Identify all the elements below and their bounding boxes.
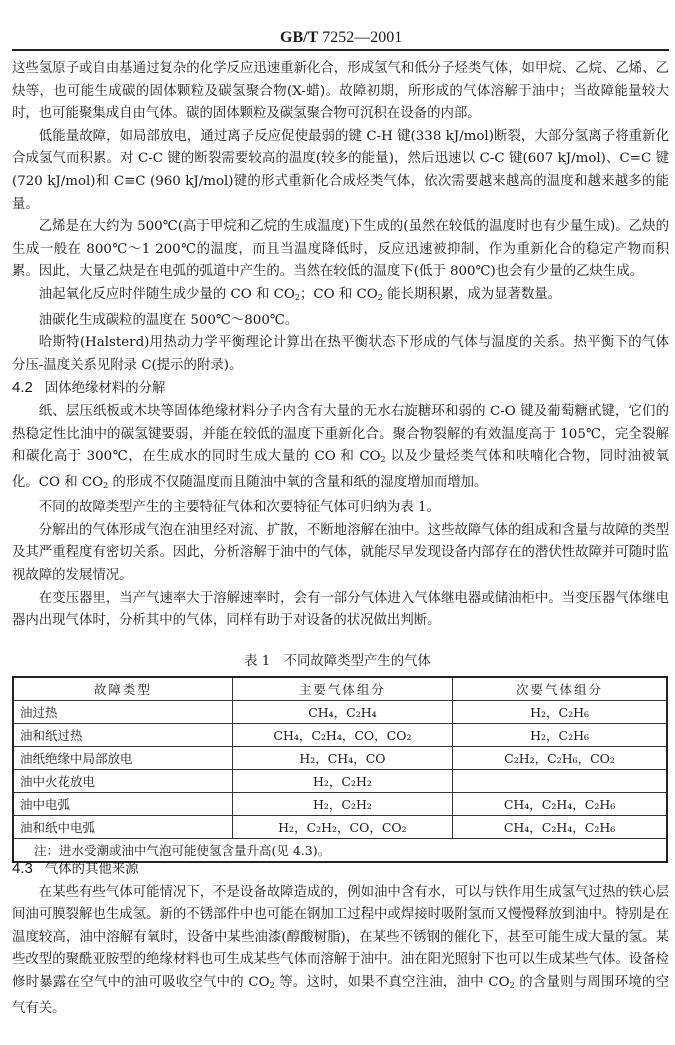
paragraph-3: 乙烯是在大约为 500℃(高于甲烷和乙烷的生成温度)下生成的(虽然在较低的温度时… (12, 216, 669, 284)
table-row: 油和纸中电弧 H₂，C₂H₂，CO，CO₂ CH₄，C₂H₄，C₂H₆ (13, 816, 667, 839)
paragraph-1: 这些氢原子或自由基通过复杂的化学反应迅速重新化合，形成氢气和低分子烃类气体，如甲… (12, 58, 669, 126)
table-caption: 表 1 不同故障类型产生的气体 (0, 650, 675, 669)
text: 的形成不仅随温度而且随油中氧的含量和纸的湿度增加而增加。 (108, 475, 487, 490)
paragraph-7: 纸、层压纸板或木块等固体绝缘材料分子内含有大量的无水右旋糖环和弱的 C-O 键及… (12, 401, 669, 497)
text: 油起氧化反应时伴随生成少量的 CO 和 CO (39, 287, 295, 302)
table-row: 油中电弧 H₂，C₂H₂ CH₄，C₂H₄，C₂H₆ (13, 793, 667, 816)
header-rule (12, 49, 669, 51)
cell-secondary: H₂，C₂H₆ (453, 724, 667, 747)
table-header-row: 故障类型 主要气体组分 次要气体组分 (13, 677, 667, 701)
cell-secondary (453, 770, 667, 793)
body-upper: 这些氢原子或自由基通过复杂的化学反应迅速重新化合，形成氢气和低分子烃类气体，如甲… (12, 58, 669, 633)
body-lower: 4.3气体的其他来源 在某些有些气体可能情况下，不是设备故障造成的，例如油中含有… (12, 858, 669, 1020)
paragraph-6: 哈斯特(Halsterd)用热动力学平衡理论计算出在热平衡状态下形成的气体与温度… (12, 332, 669, 377)
paragraph-5: 油碳化生成碳粒的温度在 500℃～800℃。 (12, 310, 669, 333)
table-row: 油和纸过热 CH₄，C₂H₄，CO，CO₂ H₂，C₂H₆ (13, 724, 667, 747)
section-4-2-heading: 4.2固体绝缘材料的分解 (12, 377, 669, 401)
section-title: 固体绝缘材料的分解 (45, 381, 166, 396)
section-title: 气体的其他来源 (45, 862, 139, 877)
cell-type: 油过热 (13, 701, 232, 724)
section-4-3-heading: 4.3气体的其他来源 (12, 858, 669, 882)
header-main-gas: 主要气体组分 (232, 677, 452, 701)
paragraph-9: 分解出的气体形成气泡在油里经对流、扩散，不断地溶解在油中。这些故障气体的组成和含… (12, 520, 669, 588)
paragraph-11: 在某些有些气体可能情况下，不是设备故障造成的，例如油中含有水，可以与铁作用生成氢… (12, 882, 669, 1021)
paragraph-10: 在变压器里，当产气速率大于溶解速率时，会有一部分气体进入气体继电器或储油柜中。当… (12, 588, 669, 633)
standard-code: GB/T 7252—2001 (280, 29, 402, 47)
text: 能长期积累，成为显著数量。 (383, 287, 561, 302)
paragraph-8: 不同的故障类型产生的主要特征气体和次要特征气体可归纳为表 1。 (12, 497, 669, 520)
header-fault-type: 故障类型 (13, 677, 232, 701)
cell-main: H₂，C₂H₂ (232, 770, 452, 793)
cell-main: H₂，CH₄，CO (232, 747, 452, 770)
page-header: GB/T 7252—2001 (0, 27, 675, 51)
table-row: 油中火花放电 H₂，C₂H₂ (13, 770, 667, 793)
cell-main: H₂，C₂H₂，CO，CO₂ (232, 816, 452, 839)
cell-type: 油中电弧 (13, 793, 232, 816)
text: ；CO 和 CO (300, 287, 378, 302)
text: 等。这时，如果不真空注油，油中 CO (275, 975, 510, 990)
cell-main: H₂，C₂H₂ (232, 793, 452, 816)
cell-secondary: H₂，C₂H₆ (453, 701, 667, 724)
section-number: 4.3 (12, 860, 33, 877)
fault-gas-table: 故障类型 主要气体组分 次要气体组分 油过热 CH₄，C₂H₄ H₂，C₂H₆ … (12, 676, 668, 863)
table-row: 油纸绝缘中局部放电 H₂，CH₄，CO C₂H₂，C₂H₆，CO₂ (13, 747, 667, 770)
standard-number: 7252—2001 (322, 29, 402, 46)
cell-type: 油和纸过热 (13, 724, 232, 747)
cell-secondary: CH₄，C₂H₄，C₂H₆ (453, 793, 667, 816)
standard-prefix: GB/T (280, 29, 318, 46)
cell-secondary: CH₄，C₂H₄，C₂H₆ (453, 816, 667, 839)
cell-main: CH₄，C₂H₄ (232, 701, 452, 724)
cell-type: 油纸绝缘中局部放电 (13, 747, 232, 770)
table-row: 油过热 CH₄，C₂H₄ H₂，C₂H₆ (13, 701, 667, 724)
paragraph-4: 油起氧化反应时伴随生成少量的 CO 和 CO2；CO 和 CO2 能长期积累，成… (12, 284, 669, 310)
paragraph-2: 低能量故障，如局部放电，通过离子反应促使最弱的键 C-H 键(338 kJ/mo… (12, 126, 669, 216)
cell-secondary: C₂H₂，C₂H₆，CO₂ (453, 747, 667, 770)
section-number: 4.2 (12, 379, 33, 396)
header-secondary-gas: 次要气体组分 (453, 677, 667, 701)
cell-type: 油中火花放电 (13, 770, 232, 793)
cell-main: CH₄，C₂H₄，CO，CO₂ (232, 724, 452, 747)
cell-type: 油和纸中电弧 (13, 816, 232, 839)
